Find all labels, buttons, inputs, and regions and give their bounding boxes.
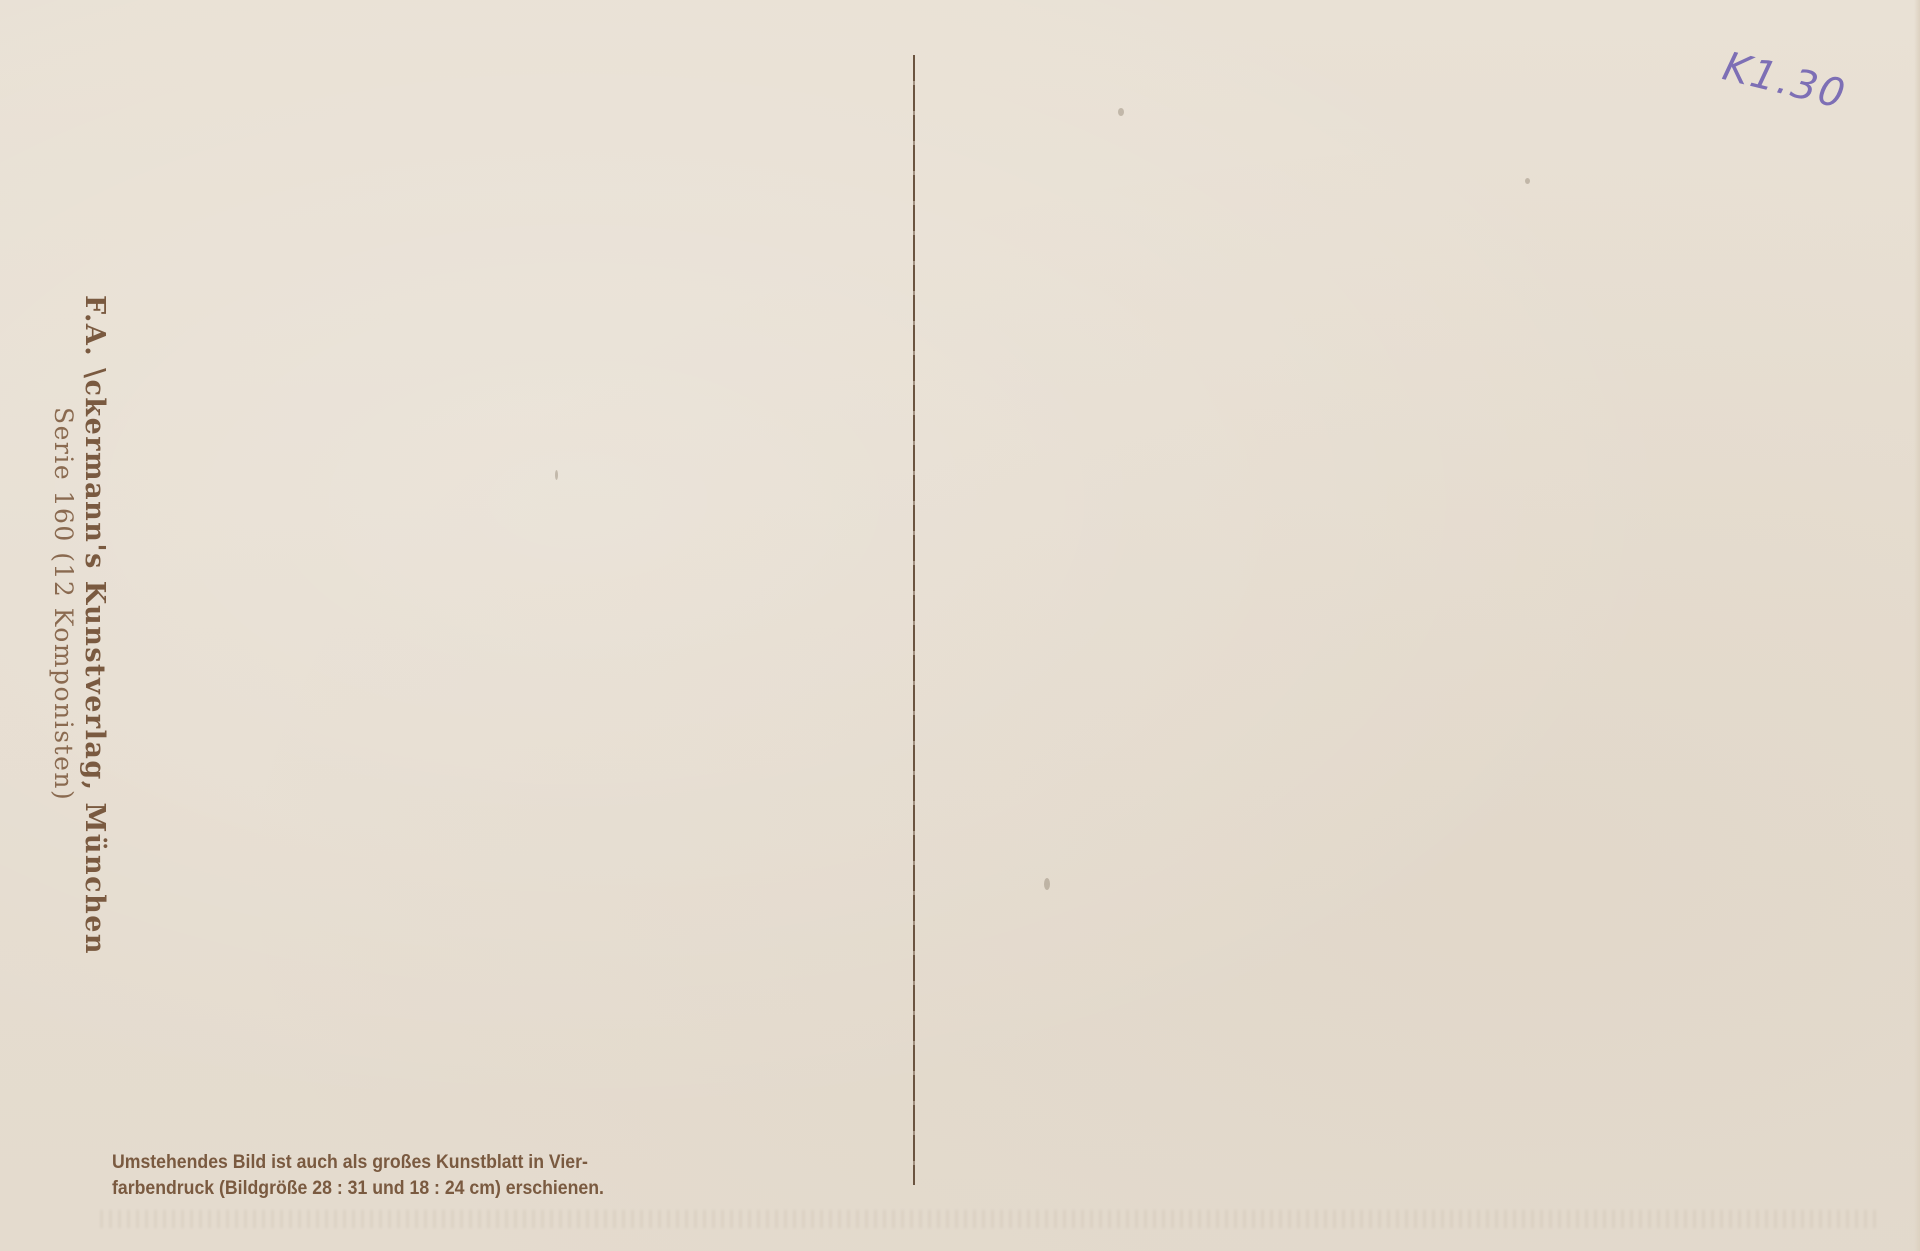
publisher-imprint: F.A. \ckermann's Kunstverlag, München Se… xyxy=(30,295,110,995)
postcard-back: F.A. \ckermann's Kunstverlag, München Se… xyxy=(0,0,1920,1251)
print-note-line-2: farbendruck (Bildgröße 28 : 31 und 18 : … xyxy=(112,1176,819,1202)
paper-speck xyxy=(1525,178,1530,184)
paper-speck xyxy=(1118,108,1124,116)
print-note-line-1: Umstehendes Bild ist auch als großes Kun… xyxy=(112,1150,819,1176)
address-divider-line xyxy=(913,55,915,1185)
paper-speck xyxy=(1044,878,1050,890)
paper-speck xyxy=(555,470,558,480)
paper-smudge xyxy=(100,1210,1880,1228)
series-info: Serie 160 (12 Komponisten) xyxy=(49,407,78,801)
print-note: Umstehendes Bild ist auch als großes Kun… xyxy=(112,1150,819,1202)
card-edge xyxy=(1914,0,1920,1251)
handwritten-price: K1.30 xyxy=(1718,44,1851,119)
publisher-name: F.A. \ckermann's Kunstverlag, München xyxy=(79,295,110,955)
